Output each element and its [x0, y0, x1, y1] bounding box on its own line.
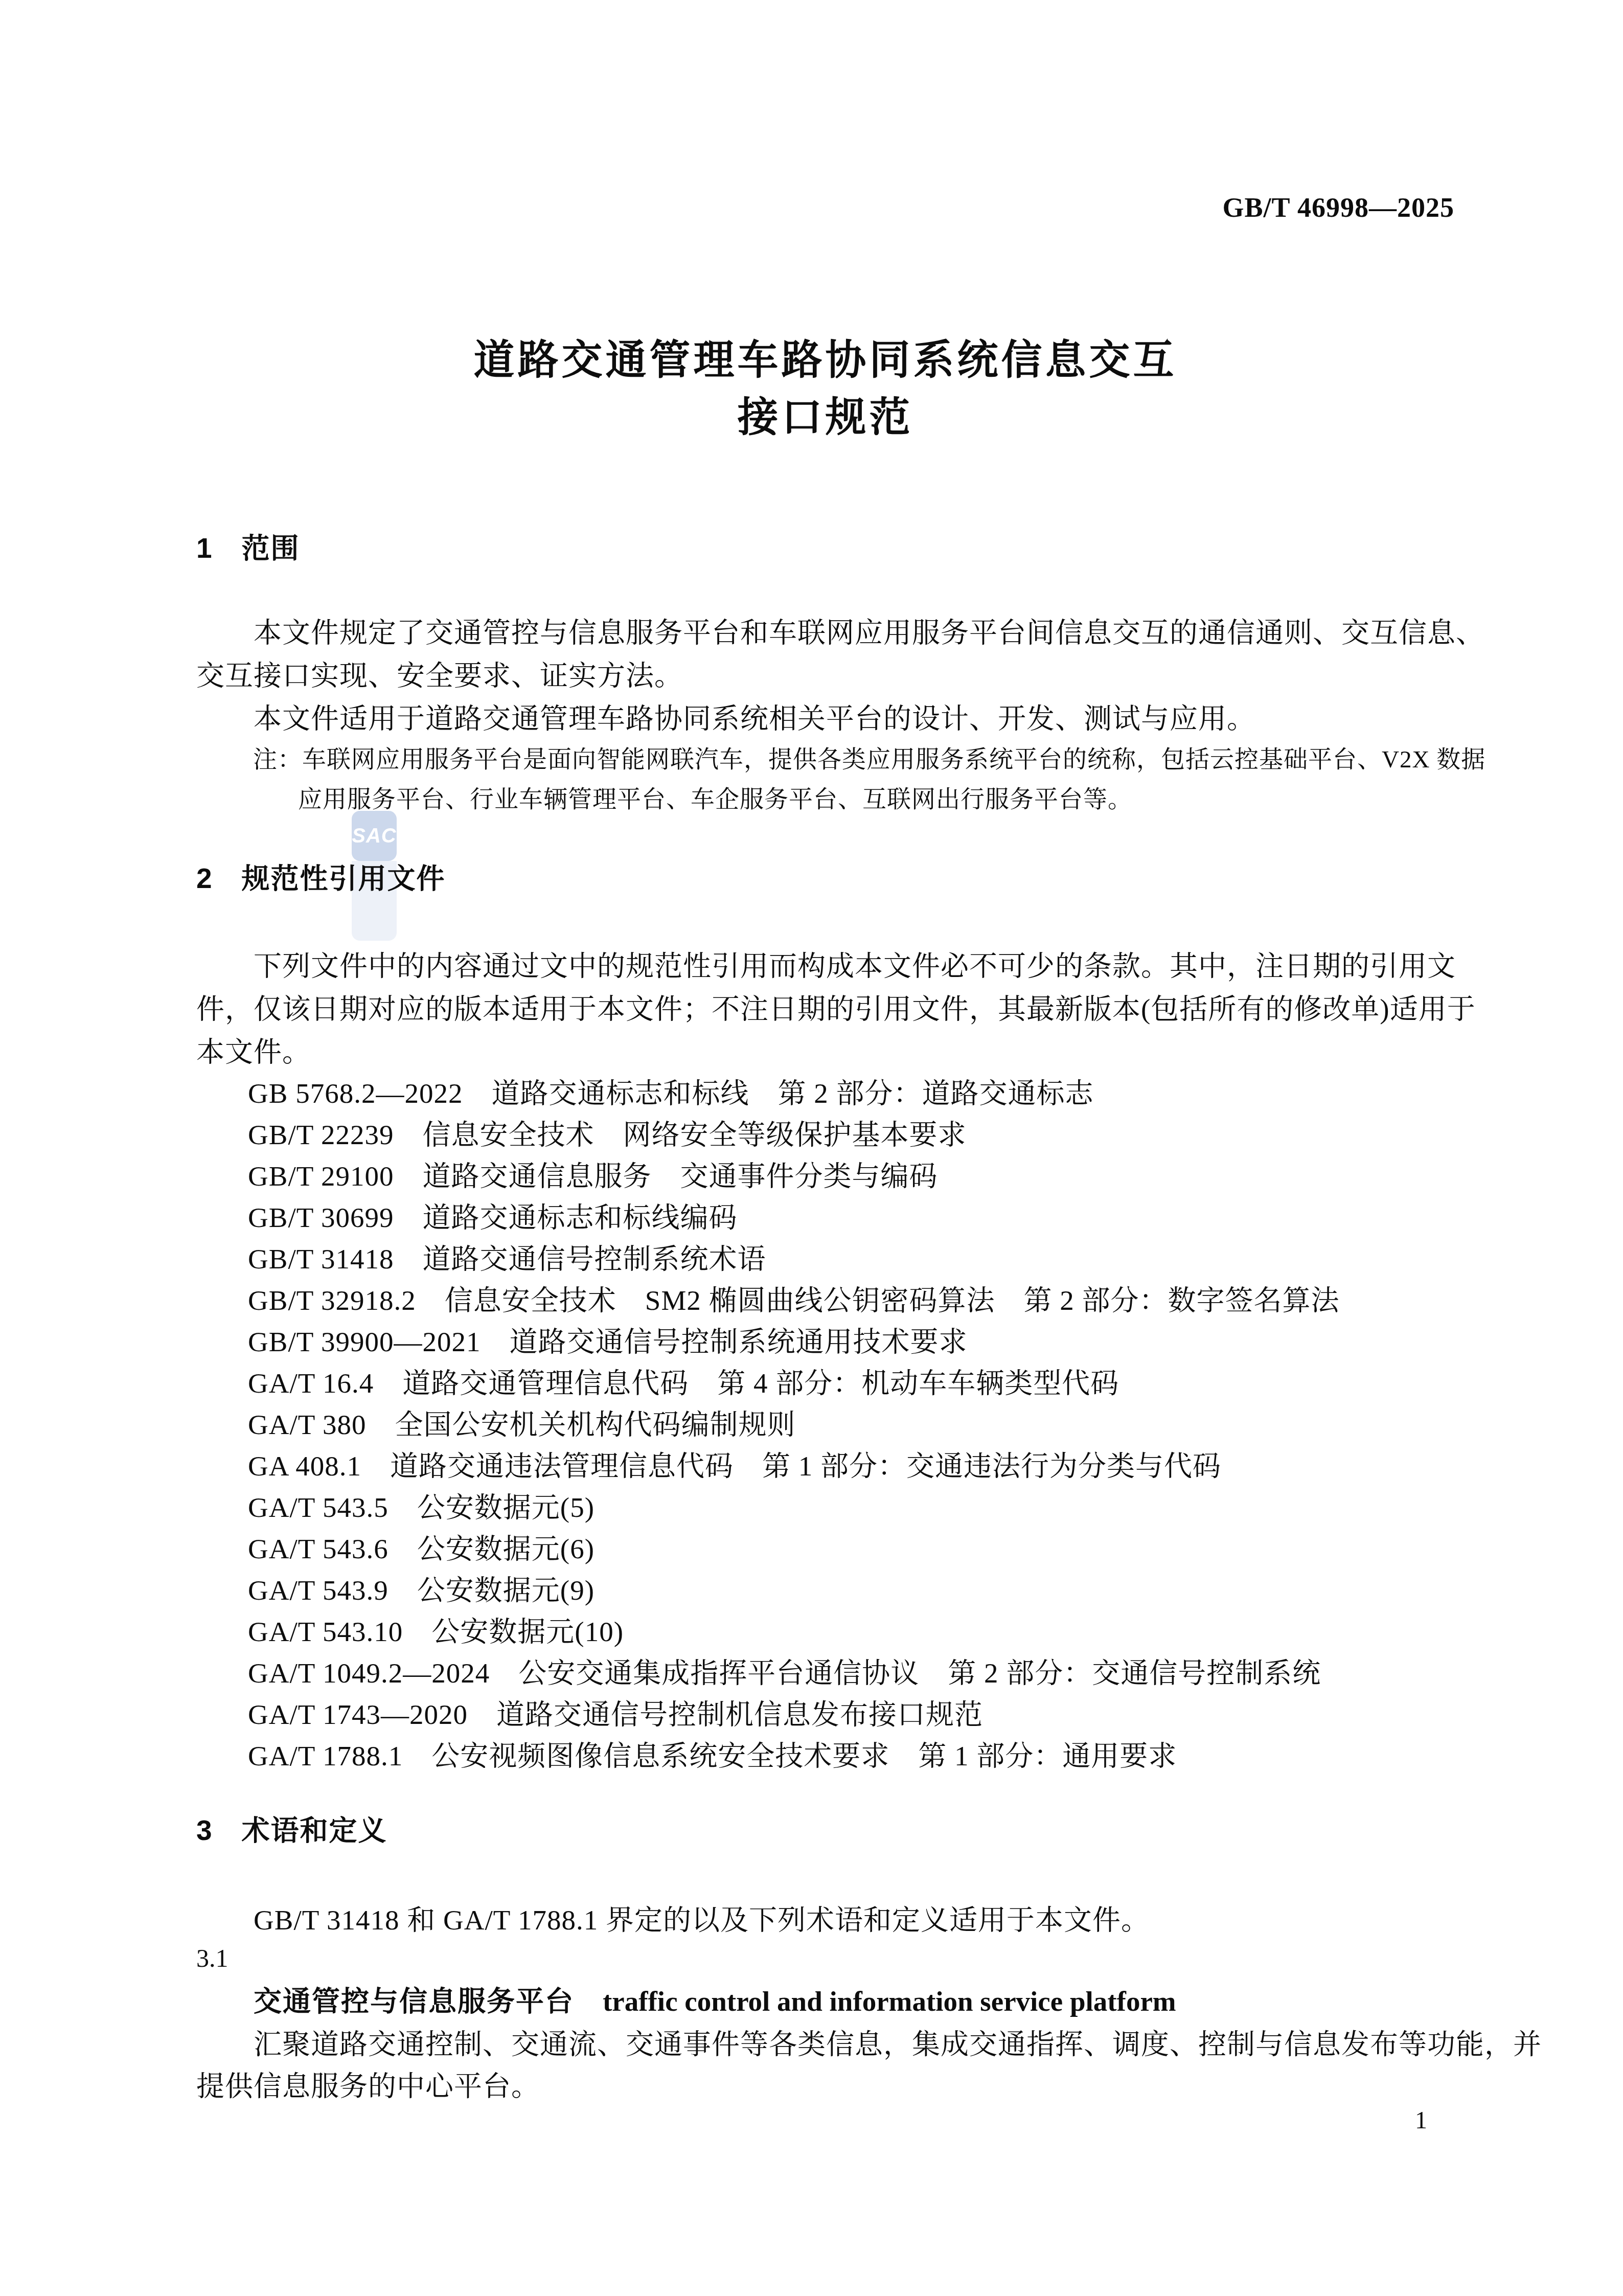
normative-references-list: GB 5768.2—2022 道路交通标志和标线 第 2 部分：道路交通标志 G… — [248, 1073, 1485, 1777]
sac-watermark-text: SAC — [352, 825, 396, 848]
paragraph-line: 件，仅该日期对应的版本适用于本文件；不注日期的引用文件，其最新版本(包括所有的修… — [196, 988, 1474, 1031]
section-3-intro: GB/T 31418 和 GA/T 1788.1 界定的以及下列术语和定义适用于… — [196, 1899, 1474, 1942]
section-3-heading: 3术语和定义 — [196, 1814, 387, 1847]
page-number: 1 — [196, 2106, 1427, 2135]
paragraph-line: 本文件。 — [196, 1031, 1474, 1074]
term-entry: 交通管控与信息服务平台traffic control and informati… — [254, 1985, 1176, 2018]
document-title: 道路交通管理车路协同系统信息交互 接口规范 — [196, 331, 1454, 446]
reference-item: GA/T 1049.2—2024 公安交通集成指挥平台通信协议 第 2 部分：交… — [248, 1652, 1485, 1694]
term-chinese: 交通管控与信息服务平台 — [254, 1985, 574, 2017]
reference-item: GB/T 32918.2 信息安全技术 SM2 椭圆曲线公钥密码算法 第 2 部… — [248, 1280, 1485, 1321]
clause-number: 3.1 — [196, 1943, 228, 1973]
section-2-label: 规范性引用文件 — [242, 862, 446, 894]
paragraph-line: GB/T 31418 和 GA/T 1788.1 界定的以及下列术语和定义适用于… — [196, 1899, 1474, 1942]
reference-item: GB/T 22239 信息安全技术 网络安全等级保护基本要求 — [248, 1114, 1485, 1155]
section-2-heading: 2规范性引用文件 — [196, 862, 446, 895]
section-2-intro: 下列文件中的内容通过文中的规范性引用而构成本文件必不可少的条款。其中，注日期的引… — [196, 945, 1474, 1074]
reference-item: GA/T 16.4 道路交通管理信息代码 第 4 部分：机动车车辆类型代码 — [248, 1362, 1485, 1404]
reference-item: GA/T 543.10 公安数据元(10) — [248, 1611, 1485, 1652]
reference-item: GB/T 30699 道路交通标志和标线编码 — [248, 1197, 1485, 1238]
section-1-number: 1 — [196, 532, 213, 564]
term-definition: 汇聚道路交通控制、交通流、交通事件等各类信息，集成交通指挥、调度、控制与信息发布… — [196, 2024, 1474, 2107]
reference-item: GA/T 1788.1 公安视频图像信息系统安全技术要求 第 1 部分：通用要求 — [248, 1735, 1485, 1777]
section-2-number: 2 — [196, 862, 213, 894]
reference-item: GA/T 543.6 公安数据元(6) — [248, 1528, 1485, 1570]
reference-item: GB/T 31418 道路交通信号控制系统术语 — [248, 1238, 1485, 1280]
paragraph-line: 下列文件中的内容通过文中的规范性引用而构成本文件必不可少的条款。其中，注日期的引… — [196, 945, 1474, 988]
paragraph-line: 提供信息服务的中心平台。 — [196, 2065, 1474, 2107]
section-3-number: 3 — [196, 1814, 213, 1846]
paragraph-line: 本文件适用于道路交通管理车路协同系统相关平台的设计、开发、测试与应用。 — [196, 697, 1474, 740]
paragraph-line: 本文件规定了交通管控与信息服务平台和车联网应用服务平台间信息交互的通信通则、交互… — [196, 611, 1474, 654]
reference-item: GA/T 543.9 公安数据元(9) — [248, 1570, 1485, 1611]
reference-item: GB/T 29100 道路交通信息服务 交通事件分类与编码 — [248, 1155, 1485, 1197]
document-page: GB/T 46998—2025 道路交通管理车路协同系统信息交互 接口规范 1范… — [0, 0, 1623, 2296]
note-line: 注：车联网应用服务平台是面向智能网联汽车，提供各类应用服务系统平台的统称，包括云… — [196, 740, 1474, 780]
reference-item: GB 5768.2—2022 道路交通标志和标线 第 2 部分：道路交通标志 — [248, 1073, 1485, 1114]
reference-item: GB/T 39900—2021 道路交通信号控制系统通用技术要求 — [248, 1321, 1485, 1362]
section-1-note: 注：车联网应用服务平台是面向智能网联汽车，提供各类应用服务系统平台的统称，包括云… — [196, 740, 1474, 820]
reference-item: GA/T 543.5 公安数据元(5) — [248, 1487, 1485, 1528]
paragraph-line: 汇聚道路交通控制、交通流、交通事件等各类信息，集成交通指挥、调度、控制与信息发布… — [196, 2024, 1474, 2065]
sac-watermark-logo: SAC — [352, 811, 397, 861]
section-3-label: 术语和定义 — [242, 1814, 387, 1846]
reference-item: GA 408.1 道路交通违法管理信息代码 第 1 部分：交通违法行为分类与代码 — [248, 1445, 1485, 1487]
section-1-label: 范围 — [242, 532, 300, 564]
reference-item: GA/T 380 全国公安机关机构代码编制规则 — [248, 1404, 1485, 1445]
term-english: traffic control and information service … — [603, 1986, 1176, 2017]
title-line-2: 接口规范 — [196, 389, 1454, 446]
standard-code: GB/T 46998—2025 — [196, 193, 1454, 222]
title-line-1: 道路交通管理车路协同系统信息交互 — [196, 331, 1454, 389]
section-1-heading: 1范围 — [196, 532, 300, 564]
paragraph-line: 交互接口实现、安全要求、证实方法。 — [196, 654, 1474, 697]
section-1-body: 本文件规定了交通管控与信息服务平台和车联网应用服务平台间信息交互的通信通则、交互… — [196, 611, 1474, 740]
reference-item: GA/T 1743—2020 道路交通信号控制机信息发布接口规范 — [248, 1694, 1485, 1735]
